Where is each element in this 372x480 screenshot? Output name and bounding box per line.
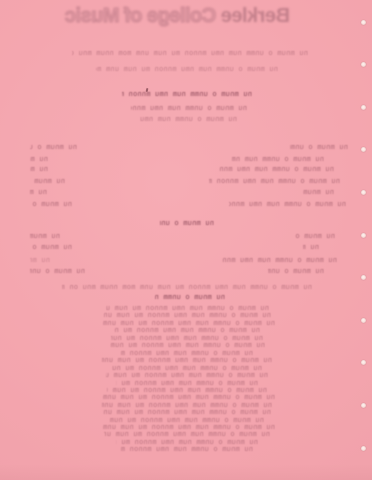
ghost-line: nu mnum o unmm num nmu mnnon mu n	[219, 166, 334, 172]
ghost-line: nu mnum o unmm num n	[290, 144, 348, 150]
ghost-line: nu mnum o	[30, 189, 47, 195]
ghost-line: nu mnum o unmm num nmu mnnon mu num unm …	[99, 424, 275, 430]
ghost-line: nu mnum o unmm num nmu mnnon mu num unm …	[104, 431, 270, 437]
ghost-line: nu mnum o unmm num nmu mnnon mu num unm …	[109, 342, 265, 348]
punch-hole	[361, 403, 366, 408]
ghost-line: nu mnum o unmm num nmu mnnon mu num unm …	[106, 372, 268, 378]
ghost-line: nu mnum o unmm num nmu mnnon mu n	[222, 257, 337, 263]
ghost-line: nu mnum o unmm num	[30, 268, 85, 274]
ghost-line: nu mnum o unmm num nmu mnno	[232, 156, 324, 162]
ghost-line: nu mnum o unmm	[299, 189, 334, 195]
ghost-line: nu mnum o unmm num nmu	[155, 294, 225, 300]
punch-hole	[361, 20, 366, 25]
ghost-line: nu mnum o unmm num nmu mnnon mu num	[121, 350, 253, 356]
ghost-line: nu mnum o unmm	[30, 178, 65, 184]
ghost-line: nu mnum o unmm n	[30, 201, 72, 207]
ghost-line: nu mnum o unmm num nmu mnnon mu num	[122, 91, 252, 97]
ghost-line: nu mnum o unmm num nmu mnnon mu num unm	[116, 380, 258, 386]
ghost-line: nu mnum o u	[30, 156, 48, 162]
ghost-line: nu mnum o unmm num nmu mnnon	[139, 116, 237, 122]
ghost-line: nu mnum o unmm num nmu mnnon mu num unm …	[72, 50, 308, 56]
ghost-line: nu mnum o unmm num	[160, 220, 214, 226]
ghost-line: nu mnum o unmm num nmu mnnon mu num unm …	[102, 402, 272, 408]
logo-words-college-of-music: College of Music	[65, 5, 216, 27]
punch-hole	[361, 233, 366, 238]
showthrough-header-logo: BerkleeCollege of Music	[28, 5, 290, 31]
ghost-line: nu mnum o unmm num nmu mnnon mu num unm	[116, 439, 258, 445]
punch-hole	[361, 318, 366, 323]
punch-hole	[361, 275, 366, 280]
logo-word-berklee: Berklee	[221, 5, 290, 27]
punch-hole	[361, 62, 366, 67]
punch-hole	[361, 147, 366, 152]
punch-hole	[361, 105, 366, 110]
ghost-line: nu mnum o unmm num nmu mnnon mu num unm …	[62, 284, 312, 290]
ghost-line: nu mnum o unmm num nmu mnnon mu num unm …	[112, 365, 262, 371]
ghost-line: nu mnum o unmm num nmu mnnon mu num unm …	[107, 387, 267, 393]
ghost-line: nu mnum o unmm num nmu mnnon mu n	[131, 105, 247, 111]
ghost-line: nu mnum o unmm num nmu mnnon mu n	[229, 201, 346, 207]
ghost-line: nu mnum o unmm num nmu mnnon mu num unm	[114, 327, 260, 333]
ghost-line: nu mnum o unmm num nmu mnnon mu num unm …	[99, 394, 275, 400]
ghost-line: nu mnum o unmm num nmu mnnon mu num unm …	[99, 320, 275, 326]
ghost-line: nu mnum o unmm num	[268, 268, 324, 274]
ghost-line: nu mnum o unmm num nmu mnnon mu num unm …	[103, 409, 271, 415]
punch-hole	[361, 446, 366, 451]
ghost-line: nu mnum o unmm num nmu mnnon mu num unm …	[111, 335, 263, 341]
ghost-line: nu mnum o u	[30, 166, 48, 172]
ghost-line: nu mnum o unmm num nmu mnnon mu num	[209, 178, 340, 184]
ghost-line: nu mnum o unmm num nmu mnnon mu num unm …	[102, 357, 272, 363]
ghost-line: nu mnum o	[303, 244, 319, 250]
ghost-line: nu mnum o unmm num nmu mnnon mu num	[121, 446, 253, 452]
ghost-line: nu mnum o unmm n	[293, 233, 335, 239]
ghost-line: nu mnum o unmm num nmu mnnon mu num unm …	[110, 417, 264, 423]
ghost-line: nu mnum o unmm num nmu mnnon mu num unm …	[96, 66, 278, 72]
ghost-line: nu mnum o unmm nu	[30, 144, 77, 150]
punch-hole	[361, 190, 366, 195]
ghost-line: nu mnum o unmm num nmu mnnon mu num unm …	[104, 312, 271, 318]
scanned-page: BerkleeCollege of Music nu mnum o unmm n…	[0, 0, 372, 480]
ghost-line: nu mnum o u	[30, 257, 50, 263]
ghost-line: nu mnum o unmm n	[30, 244, 72, 250]
ghost-line: nu mnum o unmm num nmu mnnon mu num unm …	[106, 305, 269, 311]
ghost-line: nu mnum o unm	[30, 233, 60, 239]
punch-hole	[361, 360, 366, 365]
